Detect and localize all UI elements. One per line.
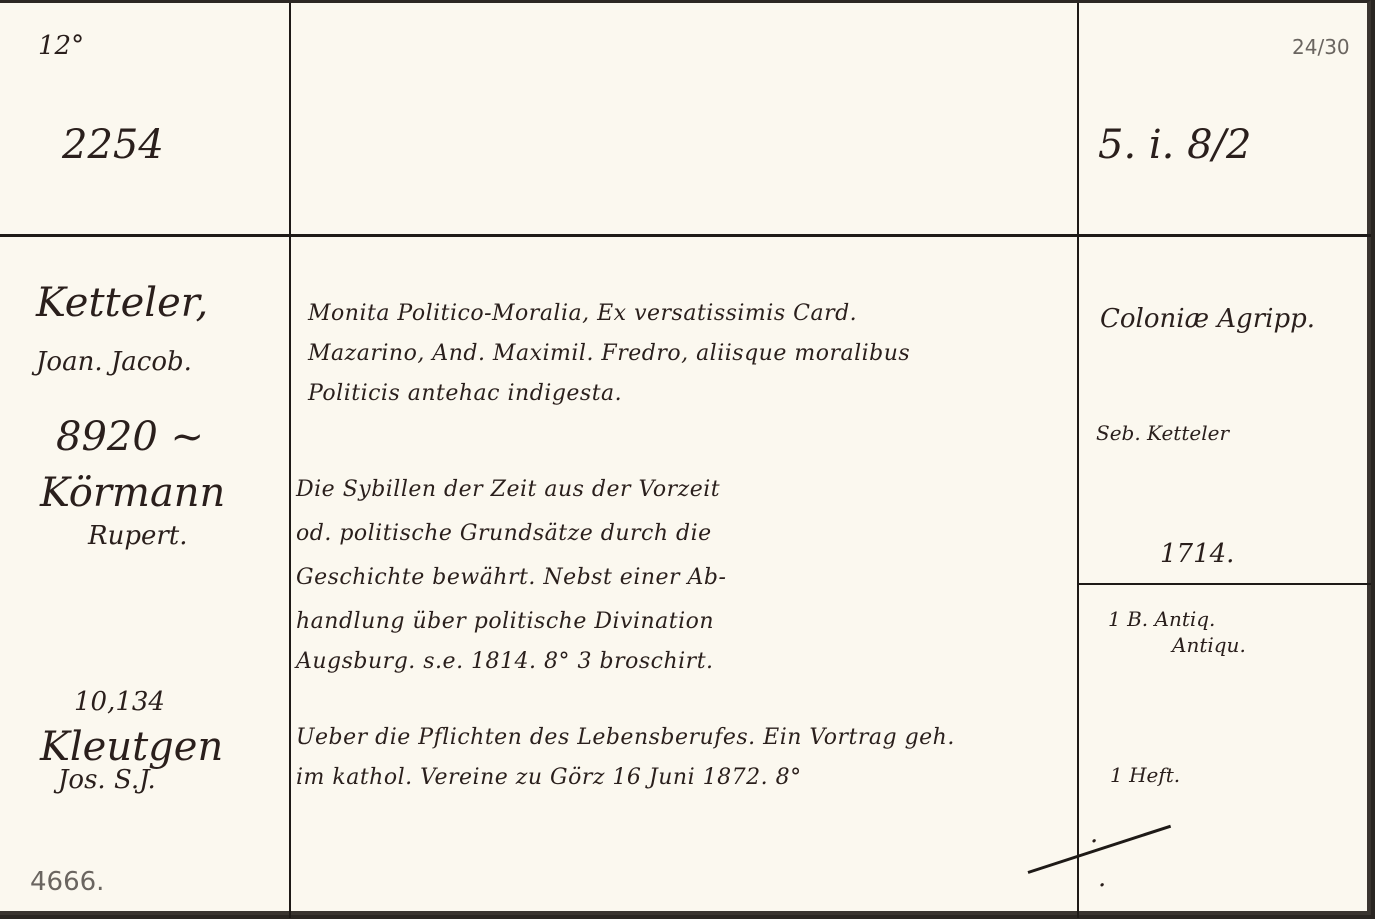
title-line: Die Sybillen der Zeit aus der Vorzeit [296, 479, 720, 501]
volume-note: 1 B. Antiq. [1108, 609, 1215, 629]
header-row-divider [0, 234, 1371, 237]
title-line: Politicis antehac indigesta. [308, 383, 622, 405]
inventory-number: 4666. [30, 869, 104, 895]
page-reference: 24/30 [1292, 37, 1350, 57]
volume-note: Antiqu. [1172, 635, 1246, 655]
shelf-mark: 5. i. 8/2 [1098, 125, 1251, 165]
catalog-card: 12° 2254 24/30 5. i. 8/2 Ketteler, Joan.… [0, 0, 1371, 915]
title-line: od. politische Grundsätze durch die [296, 523, 712, 545]
end-mark [1028, 825, 1172, 874]
title-line: handlung über politische Divination [296, 611, 714, 633]
format-label: 12° [38, 33, 84, 59]
author-given-name: Jos. S.J. [58, 767, 156, 793]
title-line: im kathol. Vereine zu Görz 16 Juni 1872.… [296, 767, 802, 789]
title-line: Augsburg. s.e. 1814. 8° 3 broschirt. [296, 651, 714, 673]
author-surname: Kleutgen [40, 727, 223, 767]
publisher: Seb. Ketteler [1096, 423, 1229, 443]
volume-note: 1 Heft. [1110, 765, 1180, 785]
right-column-divider [1077, 583, 1371, 585]
column-divider-left [289, 3, 291, 918]
publication-place: Coloniæ Agripp. [1100, 306, 1315, 332]
column-divider-right [1077, 3, 1079, 918]
author-surname: Ketteler, [36, 283, 208, 323]
title-line: Monita Politico-Moralia, Ex versatissimi… [308, 303, 857, 325]
title-line: Ueber die Pflichten des Lebensberufes. E… [296, 727, 955, 749]
entry-number: 10,134 [74, 689, 165, 715]
title-line: Mazarino, And. Maximil. Fredro, aliisque… [308, 343, 910, 365]
end-mark-dots: · [1090, 829, 1098, 855]
author-given-name: Joan. Jacob. [36, 349, 192, 375]
call-number: 2254 [62, 125, 164, 165]
author-given-name: Rupert. [88, 523, 188, 549]
entry-number: 8920 ~ [56, 417, 204, 457]
publication-year: 1714. [1160, 541, 1234, 567]
author-surname: Körmann [40, 473, 225, 513]
title-line: Geschichte bewährt. Nebst einer Ab- [296, 567, 726, 589]
end-mark-dots: · [1098, 873, 1106, 899]
